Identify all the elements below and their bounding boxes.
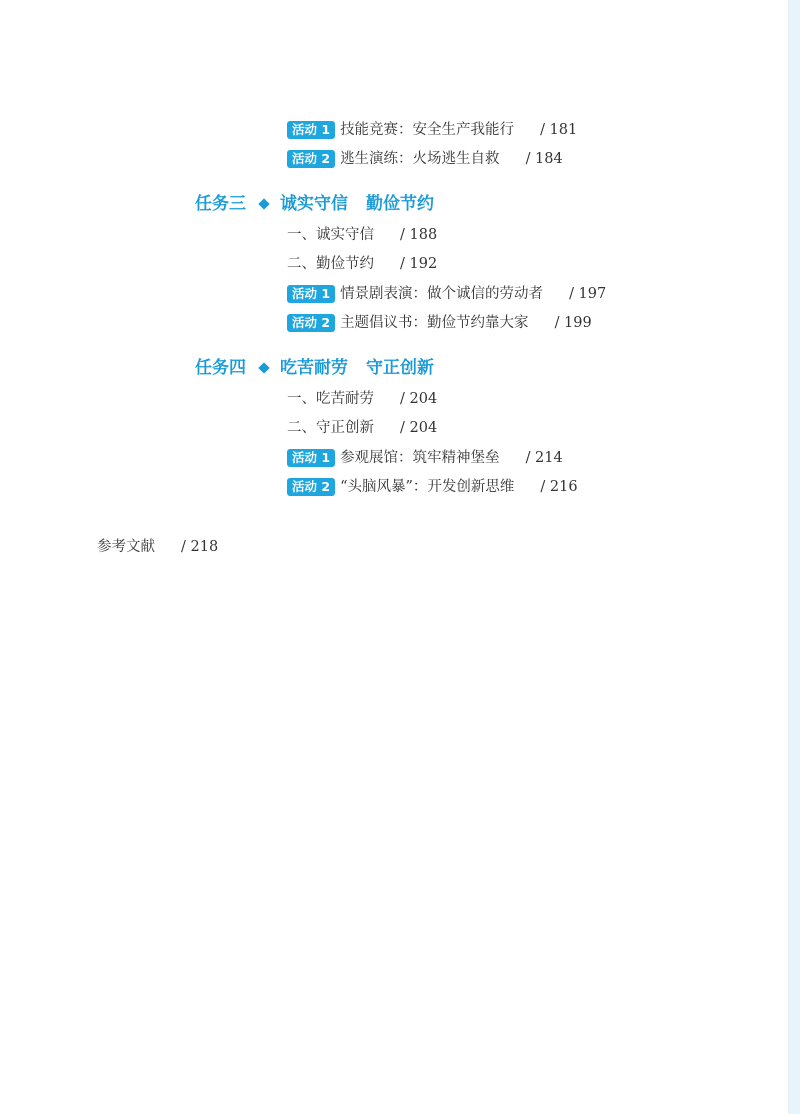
entry-title: 参观展馆：筑牢精神堡垒	[340, 448, 500, 468]
task-heading[interactable]: 任务四 吃苦耐劳 守正创新	[195, 356, 434, 380]
page-number: / 204	[400, 389, 437, 409]
page-number: / 199	[555, 313, 592, 333]
page-number: / 214	[526, 448, 563, 468]
activity-badge: 活动 2	[287, 314, 335, 332]
page-number: / 188	[400, 225, 437, 245]
entry-title: 一、吃苦耐劳	[287, 389, 374, 409]
entry-title: 逃生演练：火场逃生自救	[340, 149, 500, 169]
toc-entry-activity[interactable]: 活动 1 情景剧表演：做个诚信的劳动者 / 197	[287, 284, 606, 304]
toc-entry-references[interactable]: 参考文献 / 218	[97, 537, 218, 557]
task-heading[interactable]: 任务三 诚实守信 勤俭节约	[195, 192, 434, 216]
activity-badge: 活动 1	[287, 121, 335, 139]
page-number: / 192	[400, 254, 437, 274]
page-edge-strip	[788, 0, 800, 1114]
toc-entry-section[interactable]: 一、吃苦耐劳 / 204	[287, 389, 437, 409]
page-number: / 204	[400, 418, 437, 438]
entry-title: 一、诚实守信	[287, 225, 374, 245]
entry-title: 主题倡议书：勤俭节约靠大家	[340, 313, 529, 333]
entry-title: 二、守正创新	[287, 418, 374, 438]
toc-entry-section[interactable]: 二、守正创新 / 204	[287, 418, 437, 438]
page-number: / 216	[540, 477, 577, 497]
task-title-part: 吃苦耐劳	[280, 356, 348, 380]
task-title-part: 守正创新	[366, 356, 434, 380]
toc-entry-activity[interactable]: 活动 1 技能竞赛：安全生产我能行 / 181	[287, 120, 577, 140]
toc-entry-activity[interactable]: 活动 1 参观展馆：筑牢精神堡垒 / 214	[287, 448, 563, 468]
diamond-icon	[258, 362, 269, 373]
activity-badge: 活动 2	[287, 150, 335, 168]
toc-entry-activity[interactable]: 活动 2 主题倡议书：勤俭节约靠大家 / 199	[287, 313, 592, 333]
activity-badge: 活动 1	[287, 449, 335, 467]
page-number: / 184	[526, 149, 563, 169]
page-number: / 197	[569, 284, 606, 304]
task-title-part: 勤俭节约	[366, 192, 434, 216]
activity-badge: 活动 1	[287, 285, 335, 303]
entry-title: 技能竞赛：安全生产我能行	[340, 120, 514, 140]
toc-entry-section[interactable]: 二、勤俭节约 / 192	[287, 254, 437, 274]
page-number: / 181	[540, 120, 577, 140]
diamond-icon	[258, 198, 269, 209]
activity-badge: 活动 2	[287, 478, 335, 496]
entry-title: 参考文献	[97, 537, 155, 557]
entry-title: 情景剧表演：做个诚信的劳动者	[340, 284, 543, 304]
task-title-part: 诚实守信	[280, 192, 348, 216]
toc-entry-activity[interactable]: 活动 2 逃生演练：火场逃生自救 / 184	[287, 149, 563, 169]
entry-title: “头脑风暴”：开发创新思维	[340, 477, 514, 497]
page-number: / 218	[181, 537, 218, 557]
task-label: 任务四	[195, 356, 246, 380]
task-label: 任务三	[195, 192, 246, 216]
toc-entry-section[interactable]: 一、诚实守信 / 188	[287, 225, 437, 245]
toc-entry-activity[interactable]: 活动 2 “头脑风暴”：开发创新思维 / 216	[287, 477, 578, 497]
entry-title: 二、勤俭节约	[287, 254, 374, 274]
